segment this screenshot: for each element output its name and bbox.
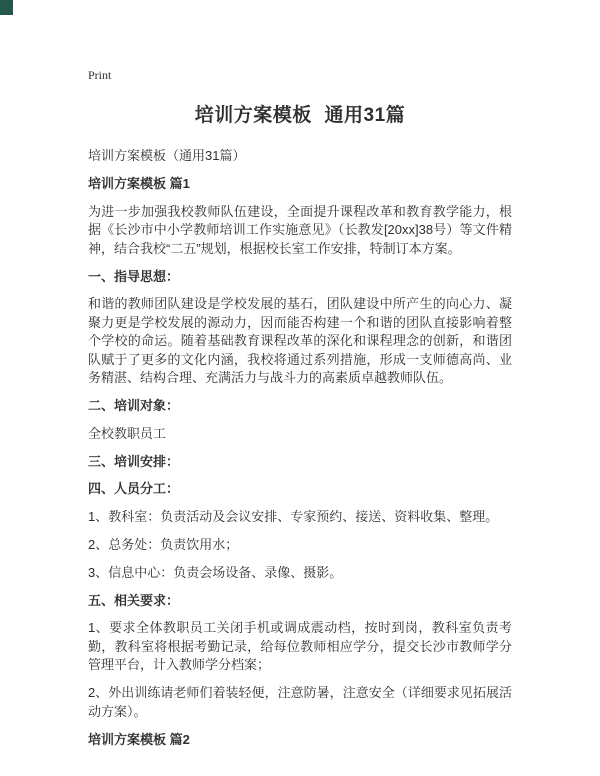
document-body: 培训方案模板 篇1为进一步加强我校教师队伍建设，全面提升课程改革和教育教学能力，…: [88, 175, 512, 749]
paragraph: 2、总务处：负责饮用水；: [88, 536, 512, 555]
paragraph: 全校教职员工: [88, 425, 512, 444]
section-heading: 培训方案模板 篇2: [88, 731, 512, 749]
print-preview-page: Print 培训方案模板 通用31篇 培训方案模板（通用31篇） 培训方案模板 …: [0, 0, 600, 776]
document-subtitle: 培训方案模板（通用31篇）: [88, 147, 512, 165]
document-content: Print 培训方案模板 通用31篇 培训方案模板（通用31篇） 培训方案模板 …: [88, 66, 512, 758]
document-title: 培训方案模板 通用31篇: [88, 100, 512, 127]
paragraph: 为进一步加强我校教师队伍建设，全面提升课程改革和教育教学能力，根据《长沙市中小学…: [88, 203, 512, 259]
paragraph: 1、教科室：负责活动及会议安排、专家预约、接送、资料收集、整理。: [88, 508, 512, 527]
section-heading: 五、相关要求：: [88, 592, 512, 610]
section-heading: 三、培训安排：: [88, 453, 512, 471]
print-link[interactable]: Print: [88, 68, 111, 83]
section-heading: 二、培训对象：: [88, 397, 512, 415]
paragraph: 和谐的教师团队建设是学校发展的基石，团队建设中所产生的向心力、凝聚力更是学校发展…: [88, 295, 512, 388]
paragraph: 3、信息中心：负责会场设备、录像、摄影。: [88, 564, 512, 583]
paragraph: 1、要求全体教职员工关闭手机或调成震动档，按时到岗，教科室负责考勤，教科室将根据…: [88, 619, 512, 675]
corner-marker: [0, 0, 13, 15]
section-heading: 一、指导思想：: [88, 268, 512, 286]
section-heading: 四、人员分工：: [88, 480, 512, 498]
paragraph: 2、外出训练请老师们着装轻便，注意防暑，注意安全（详细要求见拓展活动方案）。: [88, 684, 512, 721]
section-heading: 培训方案模板 篇1: [88, 175, 512, 193]
